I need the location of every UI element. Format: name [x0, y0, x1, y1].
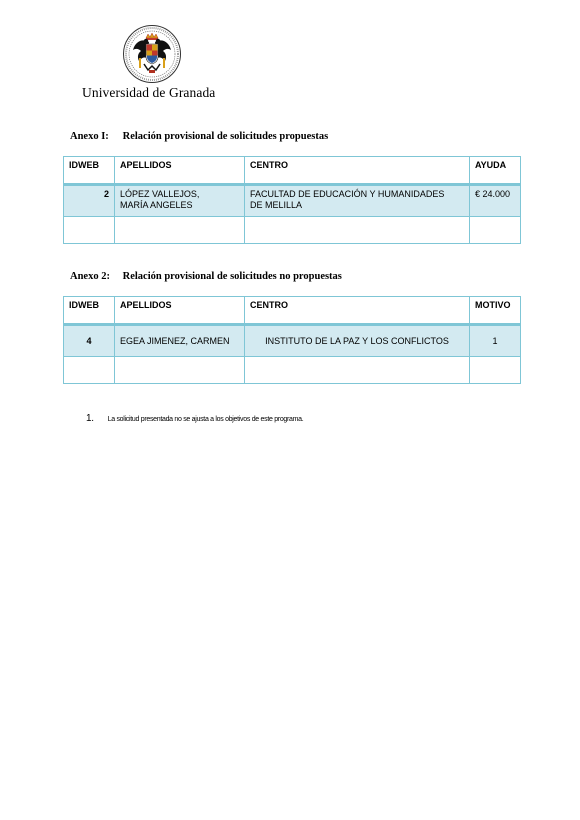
- centro-line-2: DE MELILLA: [250, 200, 464, 211]
- column-header-idweb: IDWEB: [64, 297, 115, 325]
- column-header-motivo: MOTIVO: [470, 297, 521, 325]
- empty-cell: [115, 357, 245, 384]
- empty-cell: [470, 357, 521, 384]
- column-header-apellidos: APELLIDOS: [115, 297, 245, 325]
- empty-cell: [245, 217, 470, 244]
- footnote-item: 1. La solicitud presentada no se ajusta …: [86, 413, 303, 424]
- cell-ayuda: € 24.000: [470, 185, 521, 217]
- annex-2-table: IDWEB APELLIDOS CENTRO MOTIVO 4 EGEA JIM…: [63, 296, 521, 384]
- cell-centro: FACULTAD DE EDUCACIÓN Y HUMANIDADES DE M…: [245, 185, 470, 217]
- column-header-centro: CENTRO: [245, 157, 470, 185]
- cell-apellidos: EGEA JIMENEZ, CARMEN: [115, 325, 245, 357]
- centro-line-1: FACULTAD DE EDUCACIÓN Y HUMANIDADES: [250, 189, 464, 200]
- column-header-idweb: IDWEB: [64, 157, 115, 185]
- university-header: Universidad de Granada: [80, 22, 240, 104]
- table-row: 4 EGEA JIMENEZ, CARMEN INSTITUTO DE LA P…: [64, 325, 521, 357]
- annex-1-table: IDWEB APELLIDOS CENTRO AYUDA 2 LÓPEZ VAL…: [63, 156, 521, 244]
- empty-cell: [115, 217, 245, 244]
- annex-2-heading: Anexo 2: Relación provisional de solicit…: [70, 271, 342, 282]
- cell-idweb: 2: [64, 185, 115, 217]
- cell-apellidos: LÓPEZ VALLEJOS, MARÍA ANGELES: [115, 185, 245, 217]
- annex-2-label: Anexo 2:: [70, 271, 120, 282]
- empty-cell: [64, 217, 115, 244]
- university-name: Universidad de Granada: [82, 85, 215, 101]
- empty-cell: [245, 357, 470, 384]
- empty-cell: [470, 217, 521, 244]
- university-crest-icon: [122, 24, 182, 84]
- empty-cell: [64, 357, 115, 384]
- annex-1-title: Relación provisional de solicitudes prop…: [123, 131, 329, 142]
- cell-motivo: 1: [470, 325, 521, 357]
- column-header-apellidos: APELLIDOS: [115, 157, 245, 185]
- annex-2-title: Relación provisional de solicitudes no p…: [123, 271, 342, 282]
- cell-centro: INSTITUTO DE LA PAZ Y LOS CONFLICTOS: [245, 325, 470, 357]
- column-header-ayuda: AYUDA: [470, 157, 521, 185]
- table-row-empty: [64, 217, 521, 244]
- apellidos-line-1: LÓPEZ VALLEJOS,: [120, 189, 239, 200]
- table-header-row: IDWEB APELLIDOS CENTRO AYUDA: [64, 157, 521, 185]
- table-row: 2 LÓPEZ VALLEJOS, MARÍA ANGELES FACULTAD…: [64, 185, 521, 217]
- table-header-row: IDWEB APELLIDOS CENTRO MOTIVO: [64, 297, 521, 325]
- column-header-centro: CENTRO: [245, 297, 470, 325]
- footnote-number: 1.: [86, 413, 106, 424]
- apellidos-line-2: MARÍA ANGELES: [120, 200, 239, 211]
- footnote-text: La solicitud presentada no se ajusta a l…: [108, 416, 304, 423]
- cell-idweb: 4: [64, 325, 115, 357]
- annex-1-label: Anexo I:: [70, 131, 120, 142]
- annex-1-heading: Anexo I: Relación provisional de solicit…: [70, 131, 328, 142]
- table-row-empty: [64, 357, 521, 384]
